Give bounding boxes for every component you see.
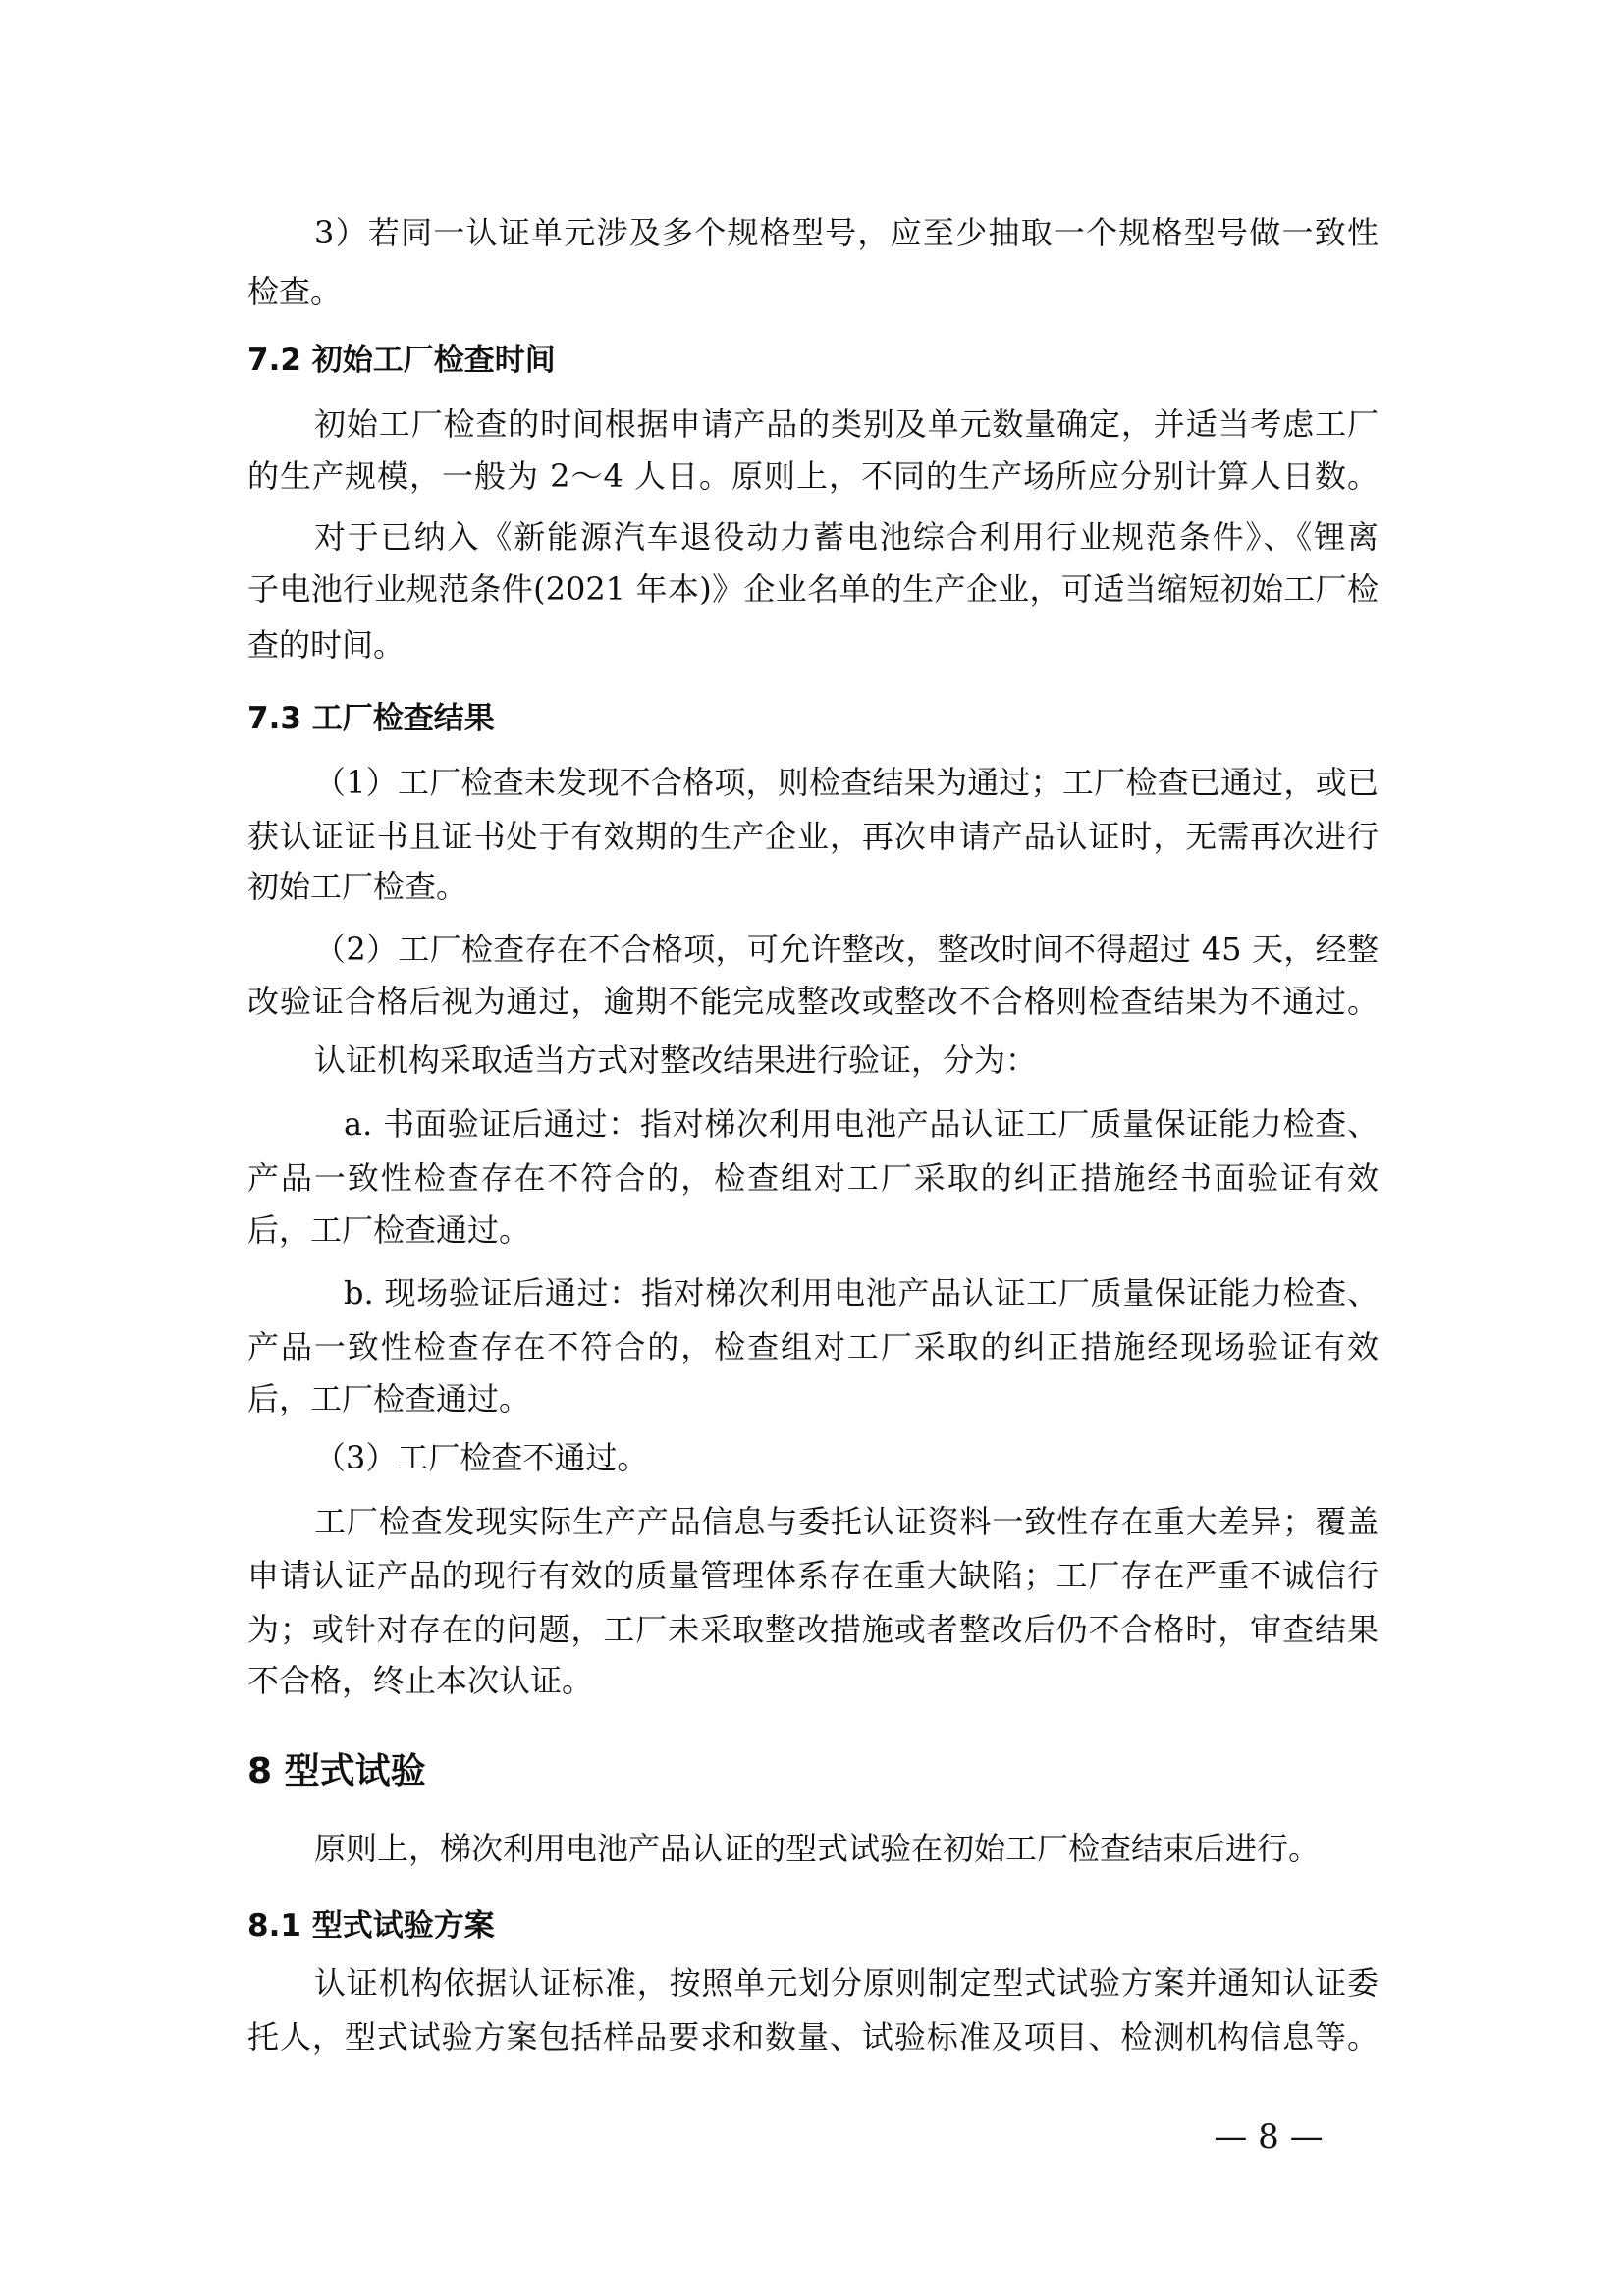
paragraph-line: 认证机构采取适当方式对整改结果进行验证，分为：	[314, 1041, 1379, 1080]
paragraph-line: 的生产规模，一般为 2～4 人日。原则上，不同的生产场所应分别计算人日数。	[247, 456, 1379, 496]
paragraph-line: 初始工厂检查。	[247, 867, 1379, 906]
page-number: — 8 —	[1200, 2117, 1337, 2157]
paragraph-line: 子电池行业规范条件(2021 年本)》企业名单的生产企业，可适当缩短初始工厂检	[247, 569, 1379, 609]
paragraph-line: 获认证证书且证书处于有效期的生产企业，再次申请产品认证时，无需再次进行	[247, 817, 1379, 856]
paragraph-line: 产品一致性检查存在不符合的，检查组对工厂采取的纠正措施经书面验证有效	[247, 1158, 1379, 1198]
paragraph-line: 认证机构依据认证标准，按照单元划分原则制定型式试验方案并通知认证委	[314, 1963, 1379, 2002]
paragraph-line: 为；或针对存在的问题，工厂未采取整改措施或者整改后仍不合格时，审查结果	[247, 1610, 1379, 1649]
paragraph-line: （3）工厂检查不通过。	[314, 1438, 1379, 1477]
section-heading-8-1: 8.1 型式试验方案	[247, 1906, 1379, 1946]
list-item-3-line-1: 3）若同一认证单元涉及多个规格型号，应至少抽取一个规格型号做一致性	[314, 213, 1379, 252]
paragraph-line: 后，工厂检查通过。	[247, 1379, 1379, 1418]
paragraph-line: 后，工厂检查通过。	[247, 1210, 1379, 1250]
paragraph-line: 原则上，梯次利用电池产品认证的型式试验在初始工厂检查结束后进行。	[314, 1829, 1379, 1868]
paragraph-line: 托人，型式试验方案包括样品要求和数量、试验标准及项目、检测机构信息等。	[247, 2017, 1379, 2056]
paragraph-line: 查的时间。	[247, 625, 1379, 665]
paragraph-line: 产品一致性检查存在不符合的，检查组对工厂采取的纠正措施经现场验证有效	[247, 1327, 1379, 1366]
paragraph-line: 对于已纳入《新能源汽车退役动力蓄电池综合利用行业规范条件》、《锂离	[314, 517, 1379, 557]
paragraph-line: 初始工厂检查的时间根据申请产品的类别及单元数量确定，并适当考虑工厂	[314, 404, 1379, 444]
chapter-heading-8: 8 型式试验	[247, 1749, 1379, 1794]
list-item-3-line-2: 检查。	[247, 272, 1379, 311]
section-heading-7-2: 7.2 初始工厂检查时间	[247, 341, 1379, 380]
paragraph-line: （1）工厂检查未发现不合格项，则检查结果为通过；工厂检查已通过，或已	[314, 763, 1379, 802]
paragraph-line: 工厂检查发现实际生产产品信息与委托认证资料一致性存在重大差异；覆盖	[314, 1502, 1379, 1541]
paragraph-line: a. 书面验证后通过：指对梯次利用电池产品认证工厂质量保证能力检查、	[344, 1104, 1379, 1144]
section-heading-7-3: 7.3 工厂检查结果	[247, 699, 1379, 738]
paragraph-line: 申请认证产品的现行有效的质量管理体系存在重大缺陷；工厂存在严重不诚信行	[247, 1556, 1379, 1595]
paragraph-line: （2）工厂检查存在不合格项，可允许整改，整改时间不得超过 45 天，经整	[314, 930, 1379, 969]
paragraph-line: 改验证合格后视为通过，逾期不能完成整改或整改不合格则检查结果为不通过。	[247, 982, 1379, 1021]
paragraph-line: 不合格，终止本次认证。	[247, 1661, 1379, 1700]
paragraph-line: b. 现场验证后通过：指对梯次利用电池产品认证工厂质量保证能力检查、	[344, 1273, 1379, 1312]
